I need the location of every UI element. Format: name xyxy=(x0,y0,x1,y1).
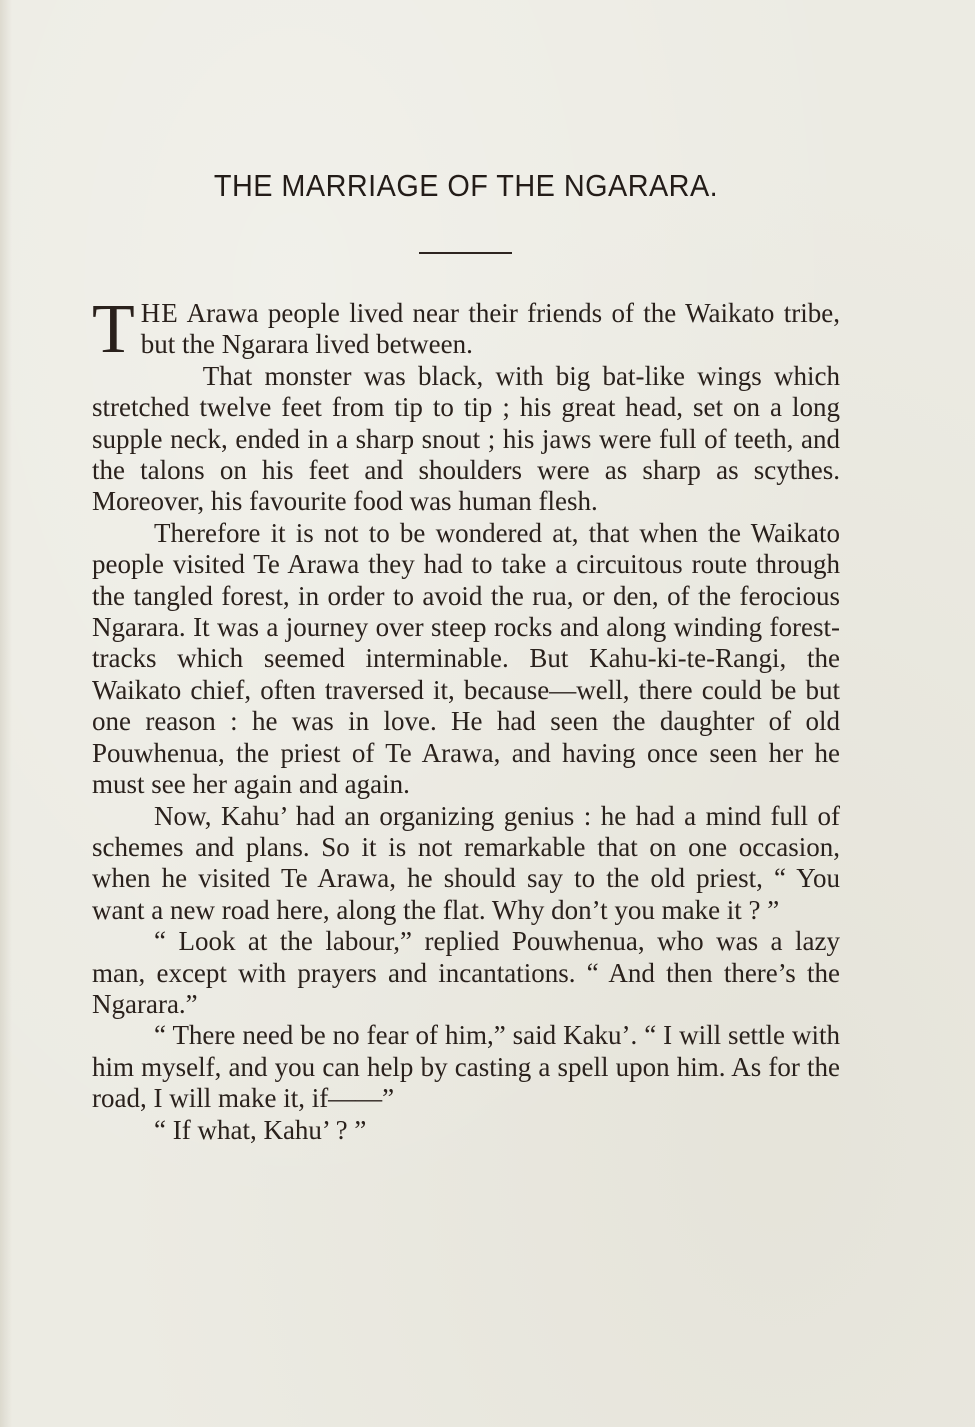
paragraph-7: “ If what, Kahu’ ? ” xyxy=(92,1115,840,1146)
paragraph-6: “ There need be no fear of him,” said Ka… xyxy=(92,1020,840,1114)
paragraph-3: Therefore it is not to be wondered at, t… xyxy=(92,518,840,801)
paragraph-text: Arawa people lived near their friends of… xyxy=(141,298,840,359)
page-edge-shadow xyxy=(0,0,12,1427)
chapter-body: THE Arawa people lived near their friend… xyxy=(92,298,840,1146)
drop-cap-letter: T xyxy=(92,302,135,362)
paragraph-2: That monster was black, with big bat-lik… xyxy=(92,361,840,518)
small-caps-lead: HE xyxy=(141,298,179,328)
chapter-title: THE MARRIAGE OF THE NGARARA. xyxy=(118,168,814,204)
paragraph-4: Now, Kahu’ had an organizing genius : he… xyxy=(92,801,840,927)
title-rule-divider xyxy=(419,252,512,254)
paragraph-5: “ Look at the labour,” replied Pouwhenua… xyxy=(92,926,840,1020)
paragraph-1: THE Arawa people lived near their friend… xyxy=(92,298,840,361)
